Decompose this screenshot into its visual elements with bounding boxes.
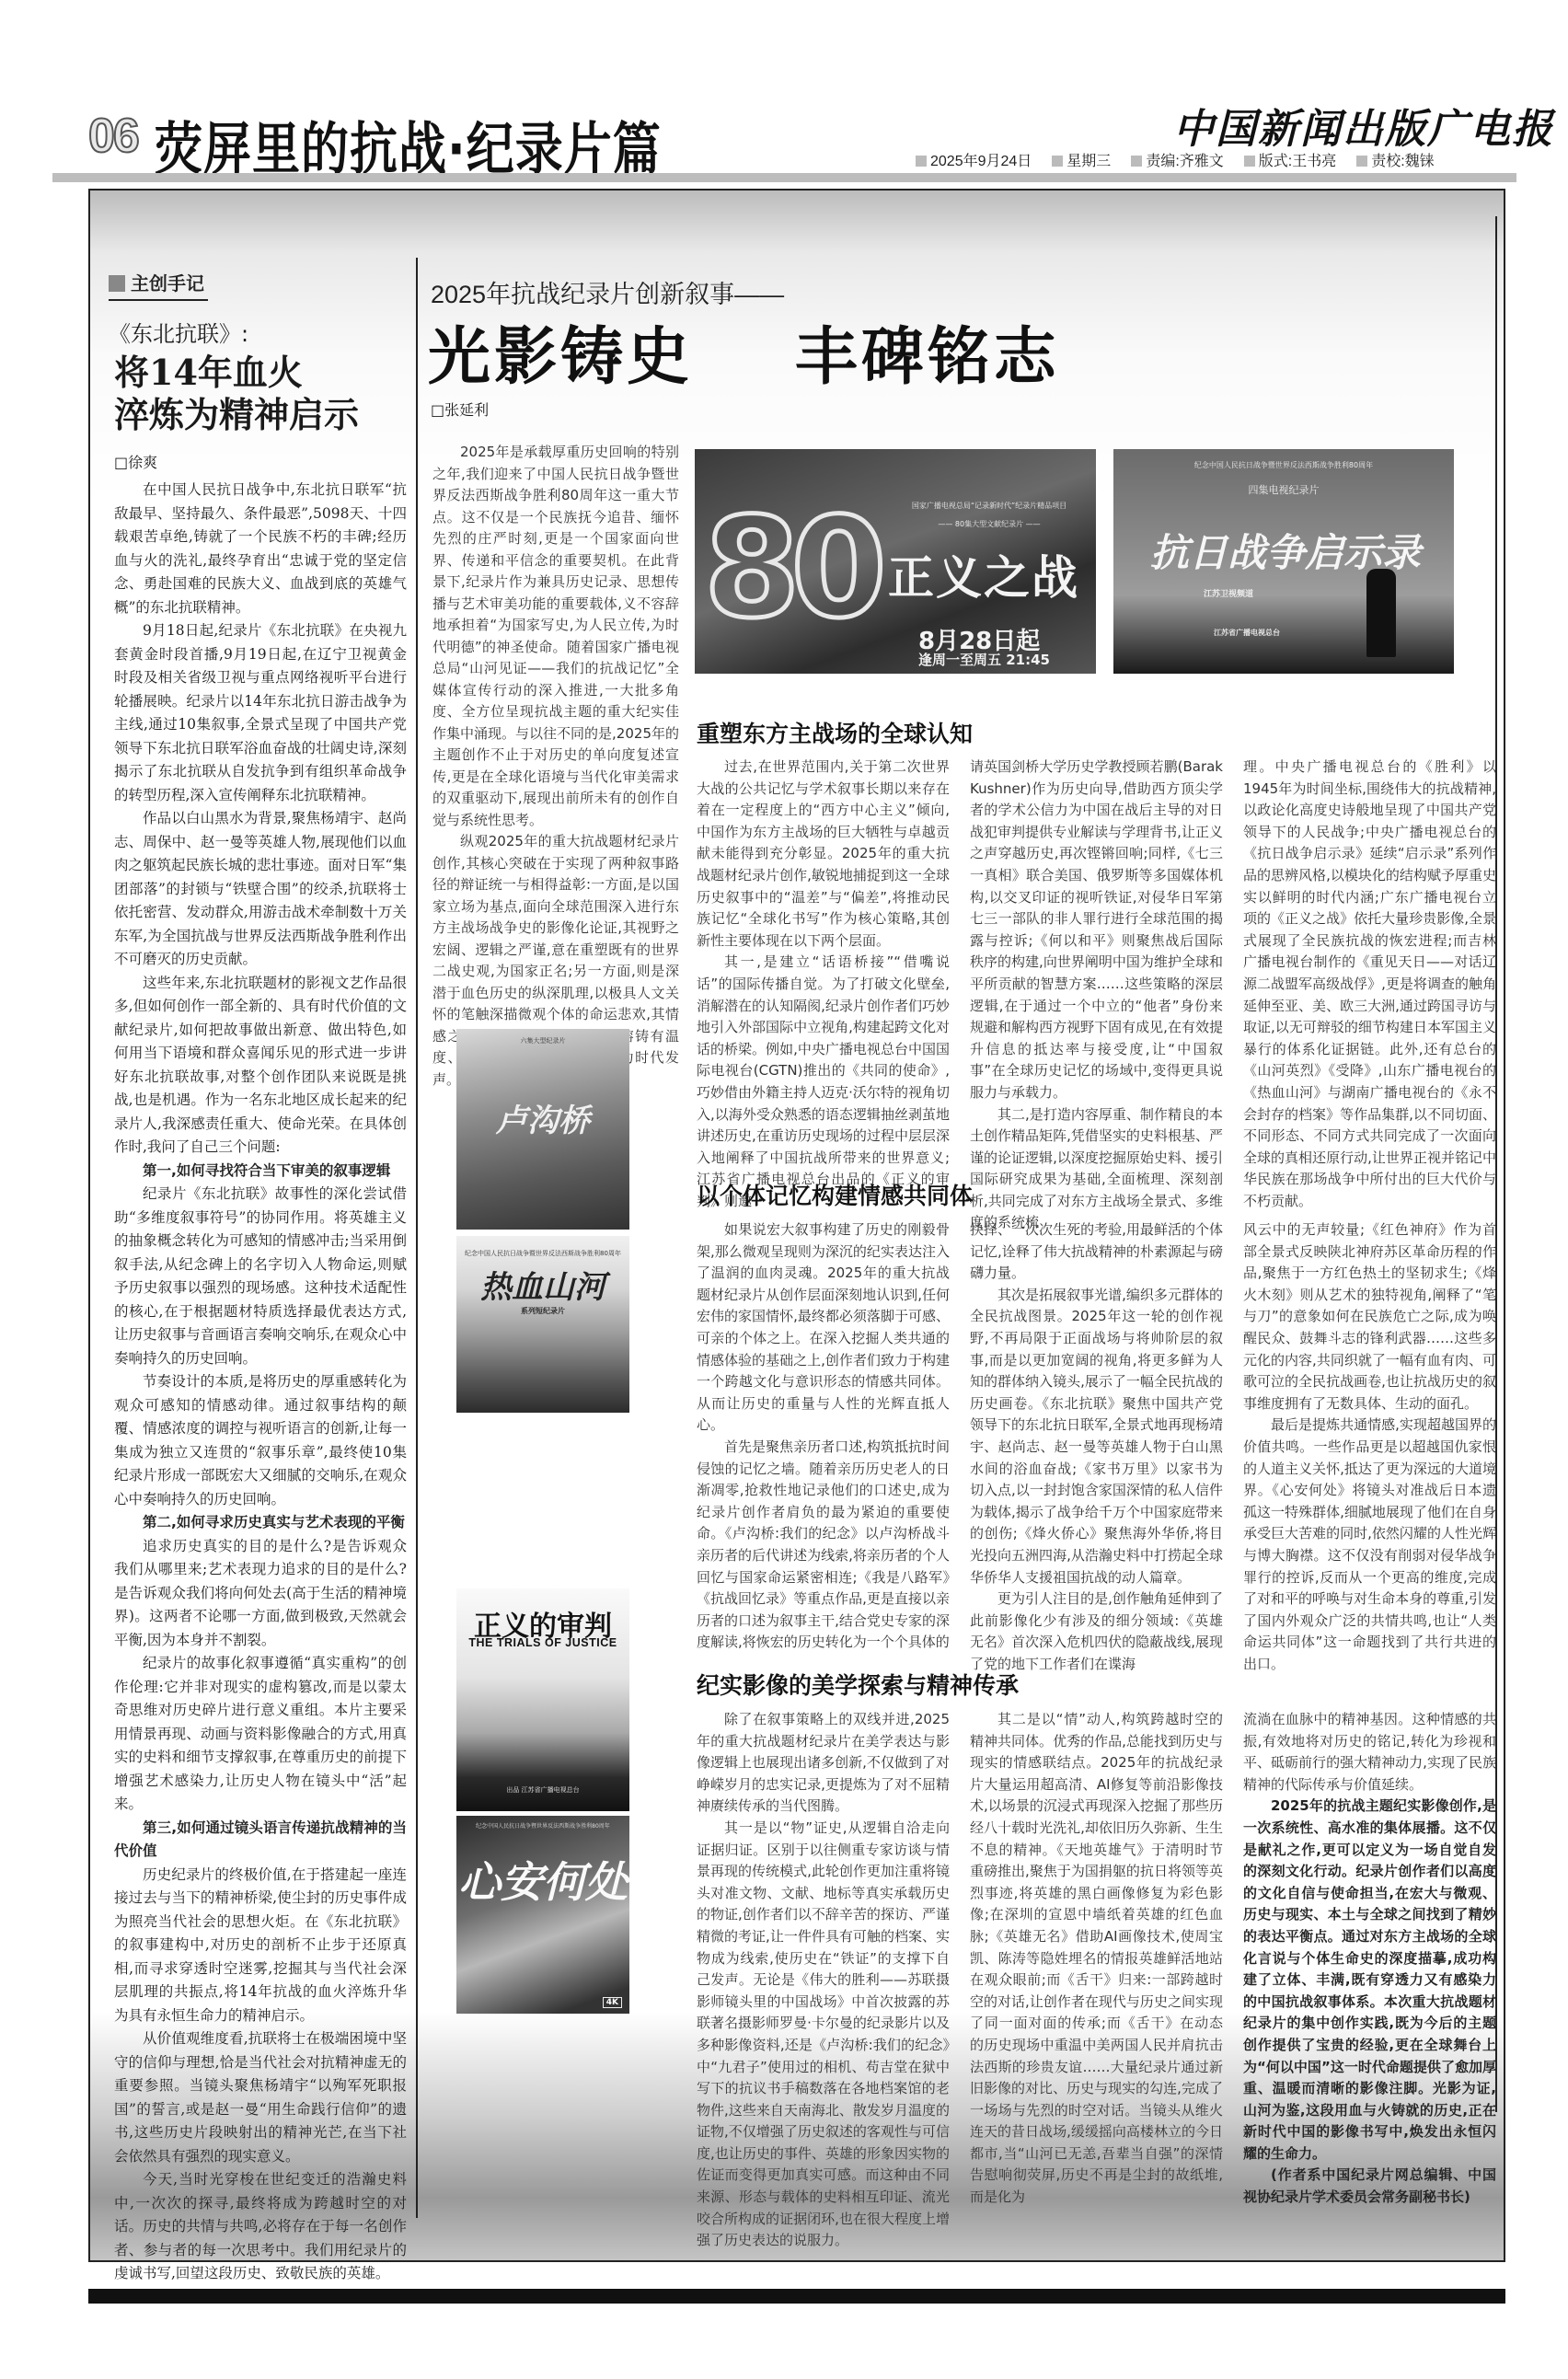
poster-caption: 纪念中国人民抗日战争暨世界反法西斯战争胜利80周年: [456, 1821, 629, 1830]
author-note: (作者系中国纪录片网总编辑、中国视协纪录片学术委员会常务副秘书长): [1243, 2165, 1496, 2208]
paragraph: 首先是聚焦亲历者口述,构筑抵抗时间侵蚀的记忆之墙。随着亲历历史老人的日渐凋零,抢…: [697, 1437, 950, 1654]
paragraph: 2025年的抗战主题纪实影像创作,是一次系统性、高水准的集体展播。这不仅是献礼之…: [1243, 1796, 1496, 2165]
poster-time: 逢周一至周五 21:45: [918, 650, 1050, 669]
text-column: 理。中央广播电视总台的《胜利》以1945年为时间坐标,围绕伟大的抗战精神,以政论…: [1243, 756, 1496, 1234]
issue-meta: 2025年9月24日 星期三 责编:齐雅文 版式:王书亮 责校:魏铼: [916, 149, 1435, 170]
lugouqiao-poster: 六集大型纪录片 卢沟桥: [456, 1029, 629, 1230]
issue-weekday: 星期三: [1052, 149, 1111, 170]
left-article-pretitle: 《东北抗联》:: [109, 316, 248, 348]
footer-rule: [88, 2289, 1505, 2304]
text-column: 其二是以“情”动人,构筑跨越时空的精神共同体。优秀的作品,总能找到历史与现实的情…: [970, 1709, 1223, 2252]
poster-subtitle: 系列短纪录片: [456, 1306, 629, 1316]
section-heading: 第二,如何寻求历史真实与艺术表现的平衡: [114, 1511, 407, 1535]
soldier-silhouette-icon: [1366, 569, 1396, 657]
subheading-3: 纪实影像的美学探索与精神传承: [697, 1668, 1019, 1701]
paragraph: 其二,是打造内容厚重、制作精良的本土创作精品矩阵,凭借坚实的史料根基、严谨的论证…: [970, 1104, 1223, 1235]
poster-title: 卢沟桥: [456, 1095, 629, 1140]
main-headline: 光影铸史 丰碑铭志: [428, 307, 1060, 397]
trials-of-justice-poster: 正义的审判 THE TRIALS OF JUSTICE 出品 江苏省广播电视总台: [456, 1588, 629, 1811]
paragraph: 其一,是建立“话语桥接”“借嘴说话”的国际传播自觉。为了打破文化壁垒,消解潜在的…: [697, 952, 950, 1212]
section-1-columns: 过去,在世界范围内,关于第二次世界大战的公共记忆与学术叙事长期以来存在着在一定程…: [697, 756, 1496, 1234]
subheading-1: 重塑东方主战场的全球认知: [697, 716, 973, 749]
left-article-byline: □徐爽: [114, 451, 157, 472]
rexue-shanhe-poster: 纪念中国人民抗日战争暨世界反法西斯战争胜利80周年 热血山河 系列短纪录片: [456, 1236, 629, 1413]
poster-caption: 纪念中国人民抗日战争暨世界反法西斯战争胜利80周年: [456, 1249, 629, 1258]
label-square-icon: [109, 275, 125, 292]
poster-number: 80: [704, 500, 878, 638]
qishilu-poster: 纪念中国人民抗日战争暨世界反法西斯战争胜利80周年 四集电视纪录片 抗日战争启示…: [1113, 449, 1454, 674]
poster-title: 热血山河: [456, 1262, 629, 1307]
section-2-columns: 如果说宏大叙事构建了历史的刚毅骨架,那么微观呈现则为深沉的纪实表达注入了温润的血…: [697, 1219, 1496, 1675]
zhengyi-zhizhan-poster: 80 国家广播电视总局“记录新时代”纪录片精品项目 —— 80集大型文献纪录片 …: [695, 449, 1096, 674]
poster-channel: 江苏卫视频道: [1113, 587, 1399, 599]
poster-credit: 出品 江苏省广播电视总台: [456, 1785, 629, 1795]
text-column: 流淌在血脉中的精神基因。这种情感的共振,有效地将对历史的铭记,转化为珍视和平、砥…: [1243, 1709, 1496, 2252]
text-column: 除了在叙事策略上的双线并进,2025年的重大抗战题材纪录片在美学表达与影像逻辑上…: [697, 1709, 950, 2252]
poster-caption: 纪念中国人民抗日战争暨世界反法西斯战争胜利80周年: [1113, 460, 1454, 470]
layout-designer: 版式:王书亮: [1244, 149, 1336, 170]
column-label: 主创手记: [109, 269, 208, 301]
issue-date: 2025年9月24日: [916, 149, 1032, 170]
poster-title: 正义之战: [888, 541, 1079, 607]
paragraph: 更为引人注目的是,创作触角延伸到了此前影像化少有涉及的细分领域:《英雄无名》首次…: [970, 1588, 1223, 1675]
text-column: 请英国剑桥大学历史学教授顾若鹏(Barak Kushner)作为历史向导,借助西…: [970, 756, 1223, 1234]
text-column: 风云中的无声较量;《红色神府》作为首部全景式反映陕北神府苏区革命历程的作品,聚焦…: [1243, 1219, 1496, 1675]
4k-badge: 4K: [603, 1997, 622, 2008]
poster-subtitle: THE TRIALS OF JUSTICE: [456, 1636, 629, 1649]
header-rule: [52, 173, 1516, 182]
proofreader: 责校:魏铼: [1356, 149, 1434, 170]
xinan-hechu-poster: 纪念中国人民抗日战争暨世界反法西斯战争胜利80周年 心安何处 4K: [456, 1816, 629, 2014]
main-intro: 2025年是承载厚重历史回响的特别之年,我们迎来了中国人民抗日战争暨世界反法西斯…: [432, 442, 679, 1091]
text-column: 抉择、一次次生死的考验,用最鲜活的个体记忆,诠释了伟大抗战精神的朴素源起与磅礴力…: [970, 1219, 1223, 1675]
poster-caption: 六集大型纪录片: [456, 1036, 629, 1045]
editor: 责编:齐雅文: [1131, 149, 1223, 170]
poster-caption: —— 80集大型文献纪录片 ——: [916, 519, 1063, 529]
text-column: 如果说宏大叙事构建了历史的刚毅骨架,那么微观呈现则为深沉的纪实表达注入了温润的血…: [697, 1219, 950, 1675]
left-article-title: 将14年血火 淬炼为精神启示: [114, 352, 359, 436]
subheading-2: 以个体记忆构建情感共同体: [697, 1178, 973, 1211]
poster-title: 心安何处: [456, 1849, 629, 1910]
paragraph: 其次是拓展叙事光谱,编织多元群体的全民抗战图景。2025年这一轮的创作视野,不再…: [970, 1285, 1223, 1588]
section-3-columns: 除了在叙事策略上的双线并进,2025年的重大抗战题材纪录片在美学表达与影像逻辑上…: [697, 1709, 1496, 2252]
poster-caption: 国家广播电视总局“记录新时代”纪录片精品项目: [897, 501, 1081, 511]
newspaper-logo: 中国新闻出版广电报: [1173, 96, 1554, 155]
paragraph: 其一是以“物”证史,从逻辑自洽走向证据归证。区别于以往侧重专家访谈与情景再现的传…: [697, 1818, 950, 2252]
main-pretitle: 2025年抗战纪录片创新叙事——: [431, 274, 784, 310]
section-heading: 第三,如何通过镜头语言传递抗战精神的当代价值: [114, 1817, 407, 1864]
section-heading: 第一,如何寻找符合当下审美的叙事逻辑: [114, 1160, 407, 1184]
main-byline: □张延利: [431, 398, 489, 420]
text-column: 过去,在世界范围内,关于第二次世界大战的公共记忆与学术叙事长期以来存在着在一定程…: [697, 756, 950, 1234]
left-article-body: 在中国人民抗日战争中,东北抗日联军“抗敌最早、坚持最久、条件最恶”,5098天、…: [114, 479, 407, 2309]
poster-caption: 四集电视纪录片: [1113, 482, 1454, 497]
page-number: 06: [88, 109, 138, 164]
paragraph: 最后是提炼共通情感,实现超越国界的价值共鸣。一些作品更是以超越国仇家恨的人道主义…: [1243, 1415, 1496, 1675]
